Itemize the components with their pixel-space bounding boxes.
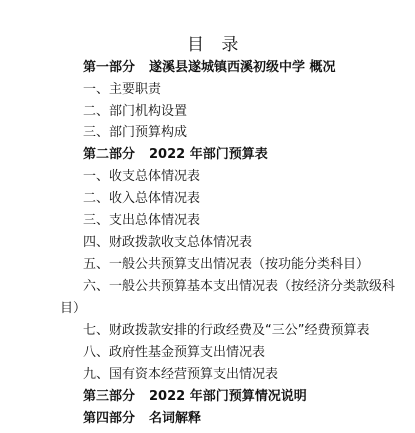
part-label: 第二部分 (83, 147, 135, 162)
toc-part-3-heading[interactable]: 第三部分2022 年部门预算情况说明 (83, 389, 307, 405)
toc-part-4-heading[interactable]: 第四部分名词解释 (83, 411, 201, 427)
part-label: 第四部分 (83, 411, 135, 426)
part-title: 遂溪县遂城镇西溪初级中学 概况 (149, 60, 336, 75)
toc-item[interactable]: 三、支出总体情况表 (83, 213, 200, 229)
toc-part-2-heading[interactable]: 第二部分2022 年部门预算表 (83, 147, 268, 163)
toc-item[interactable]: 六、一般公共预算基本支出情况表（按经济分类款级科 (83, 279, 395, 295)
toc-part-1-heading[interactable]: 第一部分遂溪县遂城镇西溪初级中学 概况 (83, 60, 336, 76)
part-title: 名词解释 (149, 411, 201, 426)
toc-title: 目 录 (187, 37, 244, 53)
toc-item[interactable]: 三、部门预算构成 (83, 125, 187, 141)
part-label: 第一部分 (83, 60, 135, 75)
toc-item[interactable]: 五、一般公共预算支出情况表（按功能分类科目） (83, 257, 369, 273)
part-title: 2022 年部门预算表 (149, 147, 268, 162)
toc-item[interactable]: 一、收支总体情况表 (83, 169, 200, 185)
toc-item-continuation[interactable]: 目） (60, 301, 86, 317)
toc-item[interactable]: 八、政府性基金预算支出情况表 (83, 345, 265, 361)
toc-item[interactable]: 七、财政拨款安排的行政经费及“三公”经费预算表 (83, 323, 369, 339)
toc-item[interactable]: 二、部门机构设置 (83, 104, 187, 120)
toc-item[interactable]: 二、收入总体情况表 (83, 191, 200, 207)
toc-item[interactable]: 一、主要职责 (83, 82, 161, 98)
toc-item[interactable]: 九、国有资本经营预算支出情况表 (83, 367, 278, 383)
toc-item[interactable]: 四、财政拨款收支总体情况表 (83, 235, 252, 251)
part-title: 2022 年部门预算情况说明 (149, 389, 307, 404)
part-label: 第三部分 (83, 389, 135, 404)
